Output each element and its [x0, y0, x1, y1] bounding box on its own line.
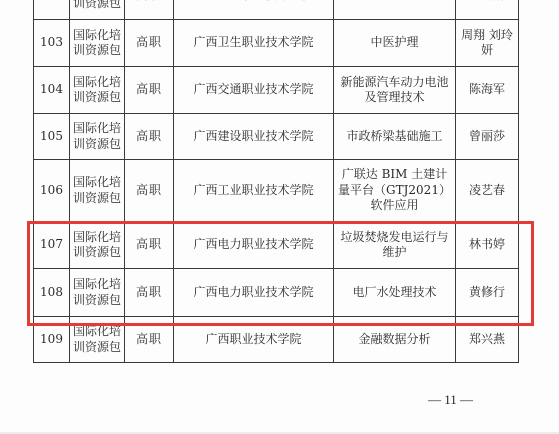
- row-number: 104: [34, 67, 70, 114]
- course-cell: 广联达 BIM 土建计量平台（GTJ2021）软件应用: [334, 160, 456, 222]
- category-cell: 国际化培训资源包: [70, 317, 125, 363]
- category-cell: 国际化培训资源包: [70, 67, 125, 114]
- course-cell: 中医护理: [334, 20, 456, 67]
- level-cell: 高职: [125, 160, 174, 222]
- lead-cell: 郑兴燕: [456, 317, 519, 363]
- course-cell: [334, 0, 456, 20]
- level-cell: 高职: [125, 20, 174, 67]
- level-cell: 高职: [125, 67, 174, 114]
- lead-cell: 周翔 刘玲妍: [456, 20, 519, 67]
- table-row-highlighted: 108 国际化培训资源包 高职 广西电力职业技术学院 电厂水处理技术 黄修行: [34, 269, 519, 317]
- lead-cell: 曾丽莎: [456, 114, 519, 160]
- document-page: 国际化培训资源包 高职 广西卫生职业技术学院 刘玲妍 103 国际化培训资源包 …: [0, 0, 559, 434]
- lead-cell: 凌艺春: [456, 160, 519, 222]
- category-cell: 国际化培训资源包: [70, 222, 125, 269]
- category-cell: 国际化培训资源包: [70, 114, 125, 160]
- category-cell: 国际化培训资源包: [70, 269, 125, 317]
- lead-cell: 刘玲妍: [456, 0, 519, 20]
- school-cell: 广西卫生职业技术学院: [174, 0, 334, 20]
- lead-cell: 林书婷: [456, 222, 519, 269]
- table-row-highlighted: 107 国际化培训资源包 高职 广西电力职业技术学院 垃圾焚烧发电运行与维护 林…: [34, 222, 519, 269]
- category-cell: 国际化培训资源包: [70, 160, 125, 222]
- row-number: 109: [34, 317, 70, 363]
- project-table: 国际化培训资源包 高职 广西卫生职业技术学院 刘玲妍 103 国际化培训资源包 …: [33, 0, 519, 363]
- category-cell: 国际化培训资源包: [70, 0, 125, 20]
- page-number: — 11 —: [428, 392, 473, 408]
- level-cell: 高职: [125, 114, 174, 160]
- school-cell: 广西工业职业技术学院: [174, 160, 334, 222]
- school-cell: 广西交通职业技术学院: [174, 67, 334, 114]
- course-cell: 电厂水处理技术: [334, 269, 456, 317]
- table-row: 104 国际化培训资源包 高职 广西交通职业技术学院 新能源汽车动力电池及管理技…: [34, 67, 519, 114]
- course-cell: 垃圾焚烧发电运行与维护: [334, 222, 456, 269]
- school-cell: 广西电力职业技术学院: [174, 222, 334, 269]
- table-row: 105 国际化培训资源包 高职 广西建设职业技术学院 市政桥梁基础施工 曾丽莎: [34, 114, 519, 160]
- table-row: 109 国际化培训资源包 高职 广西职业技术学院 金融数据分析 郑兴燕: [34, 317, 519, 363]
- course-cell: 新能源汽车动力电池及管理技术: [334, 67, 456, 114]
- category-cell: 国际化培训资源包: [70, 20, 125, 67]
- table-row: 国际化培训资源包 高职 广西卫生职业技术学院 刘玲妍: [34, 0, 519, 20]
- level-cell: 高职: [125, 0, 174, 20]
- school-cell: 广西建设职业技术学院: [174, 114, 334, 160]
- row-number: 107: [34, 222, 70, 269]
- course-cell: 市政桥梁基础施工: [334, 114, 456, 160]
- row-number: 106: [34, 160, 70, 222]
- level-cell: 高职: [125, 317, 174, 363]
- level-cell: 高职: [125, 222, 174, 269]
- row-number: [34, 0, 70, 20]
- table-row: 103 国际化培训资源包 高职 广西卫生职业技术学院 中医护理 周翔 刘玲妍: [34, 20, 519, 67]
- school-cell: 广西职业技术学院: [174, 317, 334, 363]
- level-cell: 高职: [125, 269, 174, 317]
- row-number: 108: [34, 269, 70, 317]
- row-number: 105: [34, 114, 70, 160]
- school-cell: 广西卫生职业技术学院: [174, 20, 334, 67]
- lead-cell: 黄修行: [456, 269, 519, 317]
- lead-cell: 陈海军: [456, 67, 519, 114]
- school-cell: 广西电力职业技术学院: [174, 269, 334, 317]
- course-cell: 金融数据分析: [334, 317, 456, 363]
- table-row: 106 国际化培训资源包 高职 广西工业职业技术学院 广联达 BIM 土建计量平…: [34, 160, 519, 222]
- row-number: 103: [34, 20, 70, 67]
